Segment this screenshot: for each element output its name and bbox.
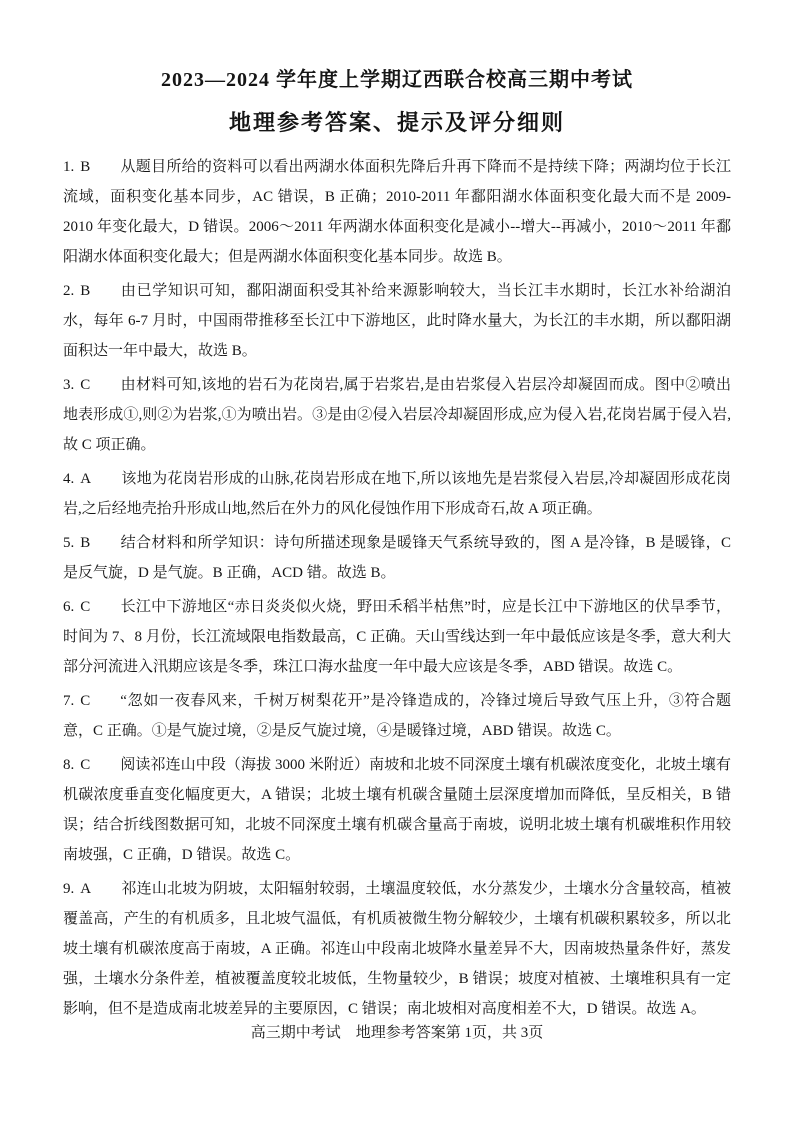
answer-letter: A bbox=[80, 471, 91, 487]
document-header: 2023—2024 学年度上学期辽西联合校高三期中考试 地理参考答案、提示及评分… bbox=[63, 66, 731, 138]
answer-item-1: 1.B从题目所给的资料可以看出两湖水体面积先降后升再下降而不是持续下降；两湖均位… bbox=[63, 152, 731, 272]
answer-item-3: 3.C由材料可知,该地的岩石为花岗岩,属于岩浆岩,是由岩浆侵入岩层冷却凝固而成。… bbox=[63, 370, 731, 460]
answer-item-5: 5.B结合材料和所学知识：诗句所描述现象是暖锋天气系统导致的，图 A 是冷锋，B… bbox=[63, 528, 731, 588]
answer-item-4: 4.A该地为花岗岩形成的山脉,花岗岩形成在地下,所以该地先是岩浆侵入岩层,冷却凝… bbox=[63, 464, 731, 524]
question-number: 9. bbox=[63, 881, 74, 897]
answer-item-7: 7.C“忽如一夜春风来，千树万树梨花开”是冷锋造成的，冷锋过境后导致气压上升，③… bbox=[63, 686, 731, 746]
answer-explanation: 由已学知识可知，鄱阳湖面积受其补给来源影响较大，当长江丰水期时，长江水补给湖泊水… bbox=[63, 283, 731, 359]
question-number: 8. bbox=[63, 757, 74, 773]
answer-letter: B bbox=[80, 283, 90, 299]
answer-item-6: 6.C长江中下游地区“赤日炎炎似火烧，野田禾稻半枯焦”时，应是长江中下游地区的伏… bbox=[63, 592, 731, 682]
answer-item-2: 2.B由已学知识可知，鄱阳湖面积受其补给来源影响较大，当长江丰水期时，长江水补给… bbox=[63, 276, 731, 366]
document-subtitle: 地理参考答案、提示及评分细则 bbox=[63, 108, 731, 138]
answer-key-page: 2023—2024 学年度上学期辽西联合校高三期中考试 地理参考答案、提示及评分… bbox=[0, 0, 794, 1123]
answer-explanation: 祁连山北坡为阴坡，太阳辐射较弱，土壤温度较低，水分蒸发少，土壤水分含量较高，植被… bbox=[63, 881, 731, 1017]
question-number: 3. bbox=[63, 377, 74, 393]
exam-title: 2023—2024 学年度上学期辽西联合校高三期中考试 bbox=[63, 66, 731, 94]
answer-letter: C bbox=[80, 599, 90, 615]
answers-list: 1.B从题目所给的资料可以看出两湖水体面积先降后升再下降而不是持续下降；两湖均位… bbox=[63, 152, 731, 1024]
answer-letter: B bbox=[80, 159, 90, 175]
answer-explanation: 由材料可知,该地的岩石为花岗岩,属于岩浆岩,是由岩浆侵入岩层冷却凝固而成。图中②… bbox=[63, 377, 731, 453]
question-number: 6. bbox=[63, 599, 74, 615]
answer-explanation: 从题目所给的资料可以看出两湖水体面积先降后升再下降而不是持续下降；两湖均位于长江… bbox=[63, 159, 731, 265]
answer-explanation: “忽如一夜春风来，千树万树梨花开”是冷锋造成的，冷锋过境后导致气压上升，③符合题… bbox=[63, 693, 731, 739]
question-number: 1. bbox=[63, 159, 74, 175]
answer-letter: C bbox=[80, 757, 90, 773]
answer-explanation: 该地为花岗岩形成的山脉,花岗岩形成在地下,所以该地先是岩浆侵入岩层,冷却凝固形成… bbox=[63, 471, 731, 517]
answer-item-8: 8.C阅读祁连山中段（海拔 3000 米附近）南坡和北坡不同深度土壤有机碳浓度变… bbox=[63, 750, 731, 870]
page-content: 2023—2024 学年度上学期辽西联合校高三期中考试 地理参考答案、提示及评分… bbox=[63, 66, 731, 1028]
answer-letter: B bbox=[80, 535, 90, 551]
question-number: 7. bbox=[63, 693, 74, 709]
page-footer: 高三期中考试 地理参考答案第 1页，共 3页 bbox=[0, 1021, 794, 1045]
question-number: 5. bbox=[63, 535, 74, 551]
answer-letter: A bbox=[80, 881, 91, 897]
answer-item-9: 9.A祁连山北坡为阴坡，太阳辐射较弱，土壤温度较低，水分蒸发少，土壤水分含量较高… bbox=[63, 874, 731, 1024]
answer-explanation: 阅读祁连山中段（海拔 3000 米附近）南坡和北坡不同深度土壤有机碳浓度变化，北… bbox=[63, 757, 731, 863]
answer-explanation: 长江中下游地区“赤日炎炎似火烧，野田禾稻半枯焦”时，应是长江中下游地区的伏旱季节… bbox=[63, 599, 731, 675]
question-number: 4. bbox=[63, 471, 74, 487]
question-number: 2. bbox=[63, 283, 74, 299]
answer-explanation: 结合材料和所学知识：诗句所描述现象是暖锋天气系统导致的，图 A 是冷锋，B 是暖… bbox=[63, 535, 731, 581]
answer-letter: C bbox=[80, 693, 90, 709]
answer-letter: C bbox=[80, 377, 90, 393]
